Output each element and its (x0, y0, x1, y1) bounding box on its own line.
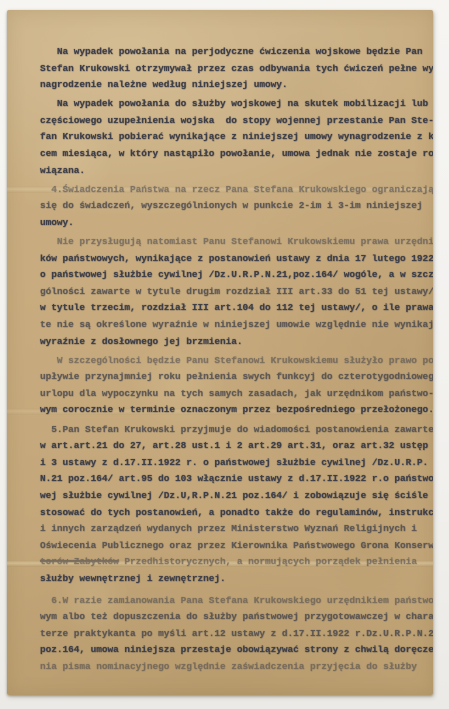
document-line: umowy. (40, 215, 433, 232)
document-line: o państwowej służbie cywilnej /Dz.U.R.P.… (40, 267, 433, 284)
document-line: w art.art.21 do 27, art.28 ust.1 i 2 art… (40, 438, 433, 455)
document-lines: Na wypadek powołania na perjodyczne ćwic… (40, 44, 433, 675)
document-line: te nie są określone wyraźnie w niniejsze… (40, 317, 433, 334)
document-line: 4.Świadczenia Państwa na rzecz Pana Stef… (40, 182, 433, 199)
document-line: upływie przynajmniej roku pełnienia swyc… (40, 369, 433, 386)
document-line: wyraźnie z dosłownego jej brzmienia. (40, 334, 433, 351)
document-line: Na wypadek powołania na perjodyczne ćwic… (40, 44, 433, 61)
document-line: stosować do tych postanowień, a ponadto … (40, 505, 433, 522)
document-line: w tytule trzecim, rozdział III art.104 d… (40, 300, 433, 317)
document-line: Stefan Krukowski otrzymywał przez czas o… (40, 61, 433, 78)
document-line: i innych zarządzeń wydanych przez Minist… (40, 521, 433, 538)
document-line: wiązana. (40, 163, 433, 180)
document-line: i 3 ustawy z d.17.II.1922 r. o państwowe… (40, 455, 433, 472)
document-line: Na wypadek powołania do służby wojskowej… (40, 96, 433, 113)
document-line: torów Zabytków Przedhistorycznych, a nor… (40, 554, 433, 571)
struck-text: torów Zabytków (40, 556, 119, 567)
document-line: wej służbie cywilnej /Dz.U,R.P.N.21 poz.… (40, 488, 433, 505)
document-line: urlopu dla wypoczynku na tych samych zas… (40, 386, 433, 403)
document-line: N.21 poz.164/ art.95 do 103 włącznie ust… (40, 471, 433, 488)
scan-background: Na wypadek powołania na perjodyczne ćwic… (0, 0, 449, 709)
document-line: Nie przysługują natomiast Panu Stefanowi… (40, 234, 433, 251)
document-line: poz.164, umowa niniejsza przestaje obowi… (40, 642, 433, 659)
document-line: ków państwowych, wynikające z postanowie… (40, 251, 433, 268)
document-line: gólności zawarte w tytule drugim rozdzia… (40, 284, 433, 301)
document-line: nagrodzenie należne według niniejszej um… (40, 77, 433, 94)
document-line: 5.Pan Stefan Krukowski przyjmuje do wiad… (40, 422, 433, 439)
document-line: wym albo też dopuszczenia do służby pańs… (40, 609, 433, 626)
document-line: się do świadczeń, wyszczególnionych w pu… (40, 198, 433, 215)
document-line: fan Krukowski pobierać wynikające z nini… (40, 129, 433, 146)
document-line: służby wewnętrznej i zewnętrznej. (40, 571, 433, 588)
document-line: wym corocznie w terminie oznaczonym prze… (40, 402, 433, 419)
document-line: nia pisma nominacyjnego względnie zaświa… (40, 659, 433, 676)
document-line: częściowego uzupełnienia wojska do stopy… (40, 113, 433, 130)
document-line: cem miesiąca, w który nastąpiło powołani… (40, 146, 433, 163)
document-line: 6.W razie zamianowania Pana Stefana Kruk… (40, 593, 433, 610)
document-paper: Na wypadek powołania na perjodyczne ćwic… (7, 10, 433, 695)
document-line: Oświecenia Publicznego oraz przez Kierow… (40, 538, 433, 555)
document-line: W szczególności będzie Panu Stefanowi Kr… (40, 353, 433, 370)
document-line: terze praktykanta po myśli art.12 ustawy… (40, 626, 433, 643)
